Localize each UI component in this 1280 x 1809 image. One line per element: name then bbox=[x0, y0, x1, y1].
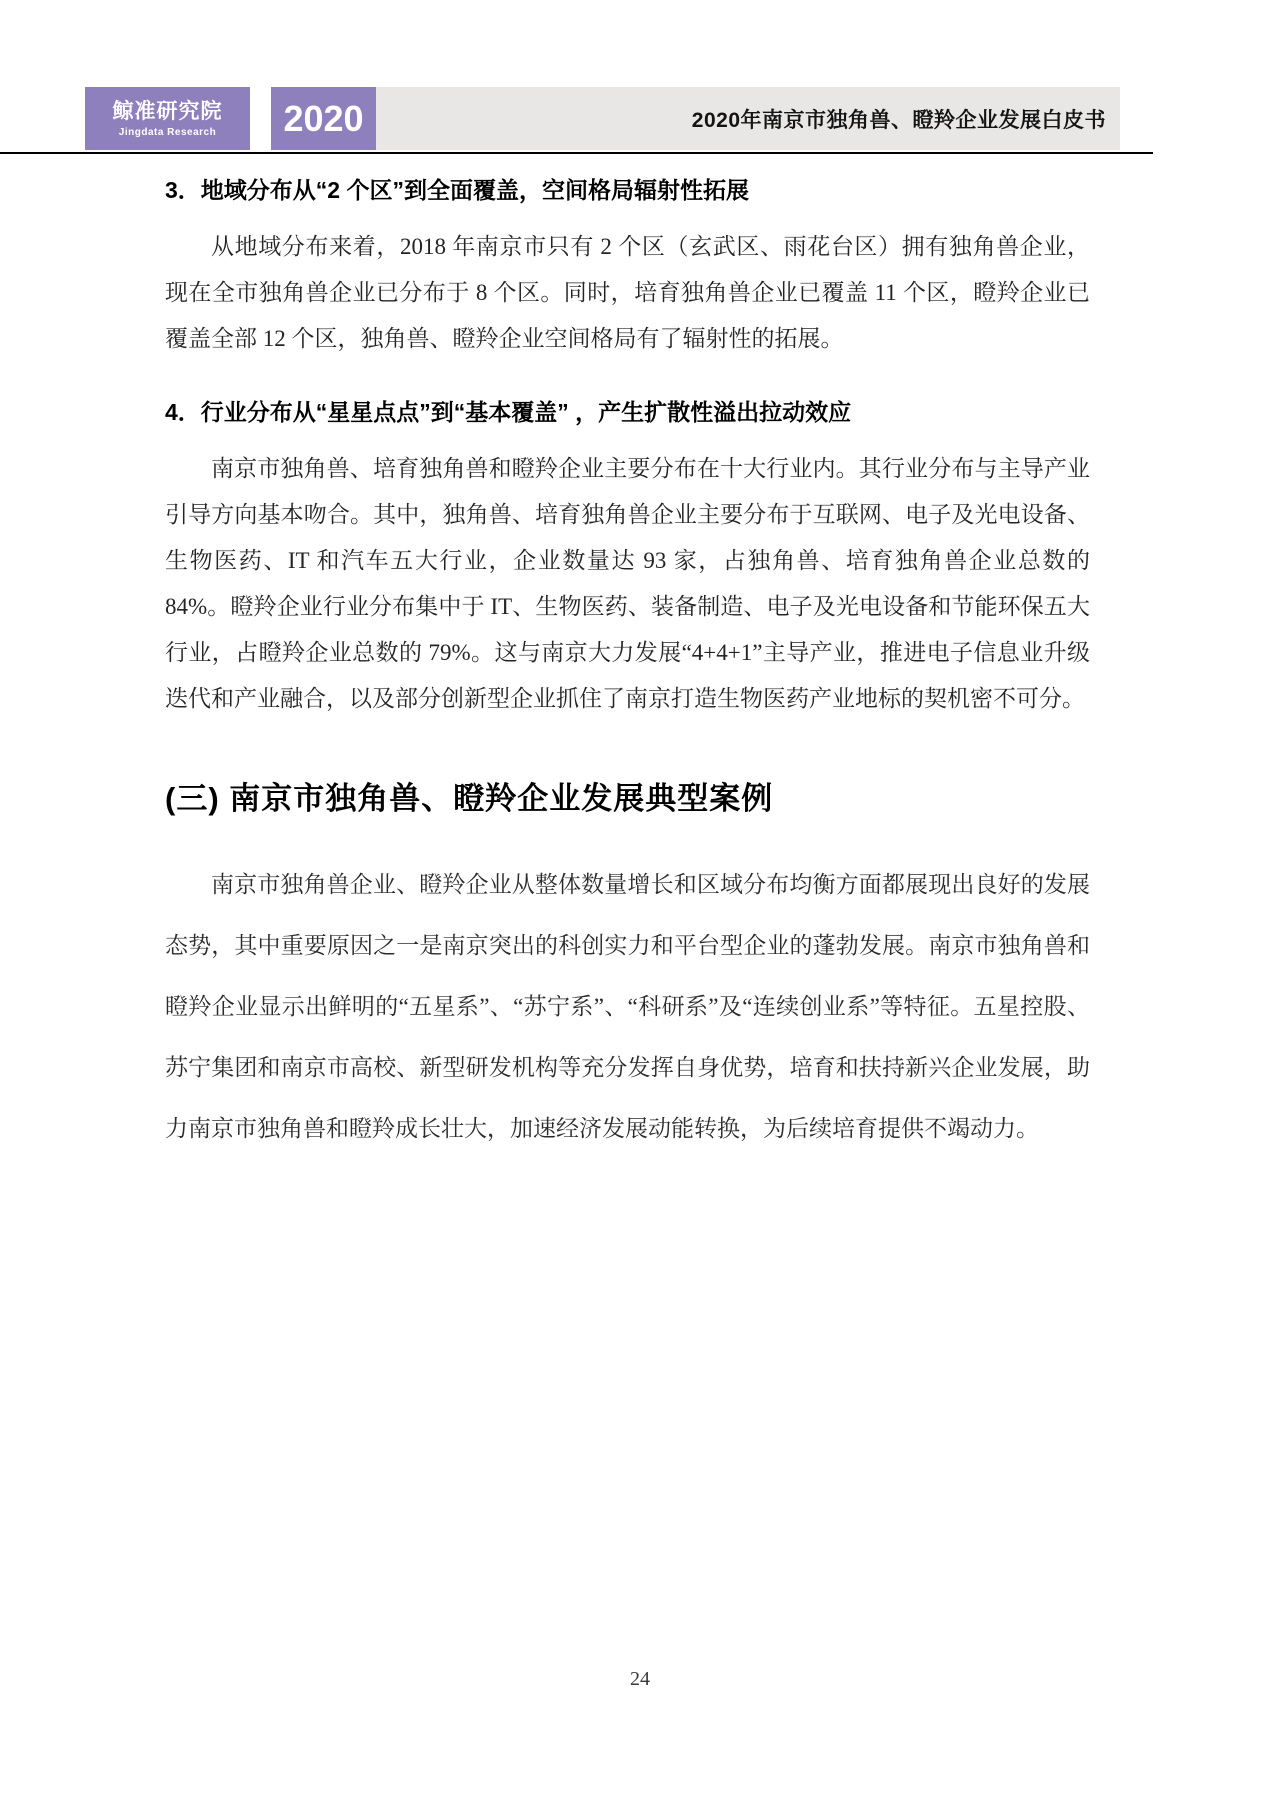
brand-logo: 鲸准研究院 Jingdata Research bbox=[85, 87, 250, 150]
brand-name: 鲸准研究院 bbox=[113, 100, 223, 124]
section4-paragraph: 南京市独角兽、培育独角兽和瞪羚企业主要分布在十大行业内。其行业分布与主导产业引导… bbox=[165, 446, 1090, 722]
section-case-paragraph: 南京市独角兽企业、瞪羚企业从整体数量增长和区域分布均衡方面都展现出良好的发展态势… bbox=[165, 854, 1090, 1159]
page-number: 24 bbox=[0, 1668, 1280, 1691]
year-badge: 2020 bbox=[271, 87, 376, 150]
page-header: 鲸准研究院 Jingdata Research 2020 2020年南京市独角兽… bbox=[85, 87, 1120, 150]
section4-heading: 4．行业分布从“星星点点”到“基本覆盖” ，产生扩散性溢出拉动效应 bbox=[165, 396, 1090, 428]
brand-subtitle: Jingdata Research bbox=[119, 127, 216, 138]
document-page: 鲸准研究院 Jingdata Research 2020 2020年南京市独角兽… bbox=[0, 0, 1280, 1809]
header-gap bbox=[250, 87, 271, 150]
header-title: 2020年南京市独角兽、瞪羚企业发展白皮书 bbox=[376, 87, 1120, 150]
section-case-heading: (三) 南京市独角兽、瞪羚企业发展典型案例 bbox=[165, 778, 1090, 820]
page-content: 3．地域分布从“2 个区”到全面覆盖，空间格局辐射性拓展 从地域分布来着，201… bbox=[165, 168, 1090, 1159]
header-divider bbox=[0, 152, 1153, 154]
section3-paragraph: 从地域分布来着，2018 年南京市只有 2 个区（玄武区、雨花台区）拥有独角兽企… bbox=[165, 224, 1090, 362]
section3-heading: 3．地域分布从“2 个区”到全面覆盖，空间格局辐射性拓展 bbox=[165, 174, 1090, 206]
